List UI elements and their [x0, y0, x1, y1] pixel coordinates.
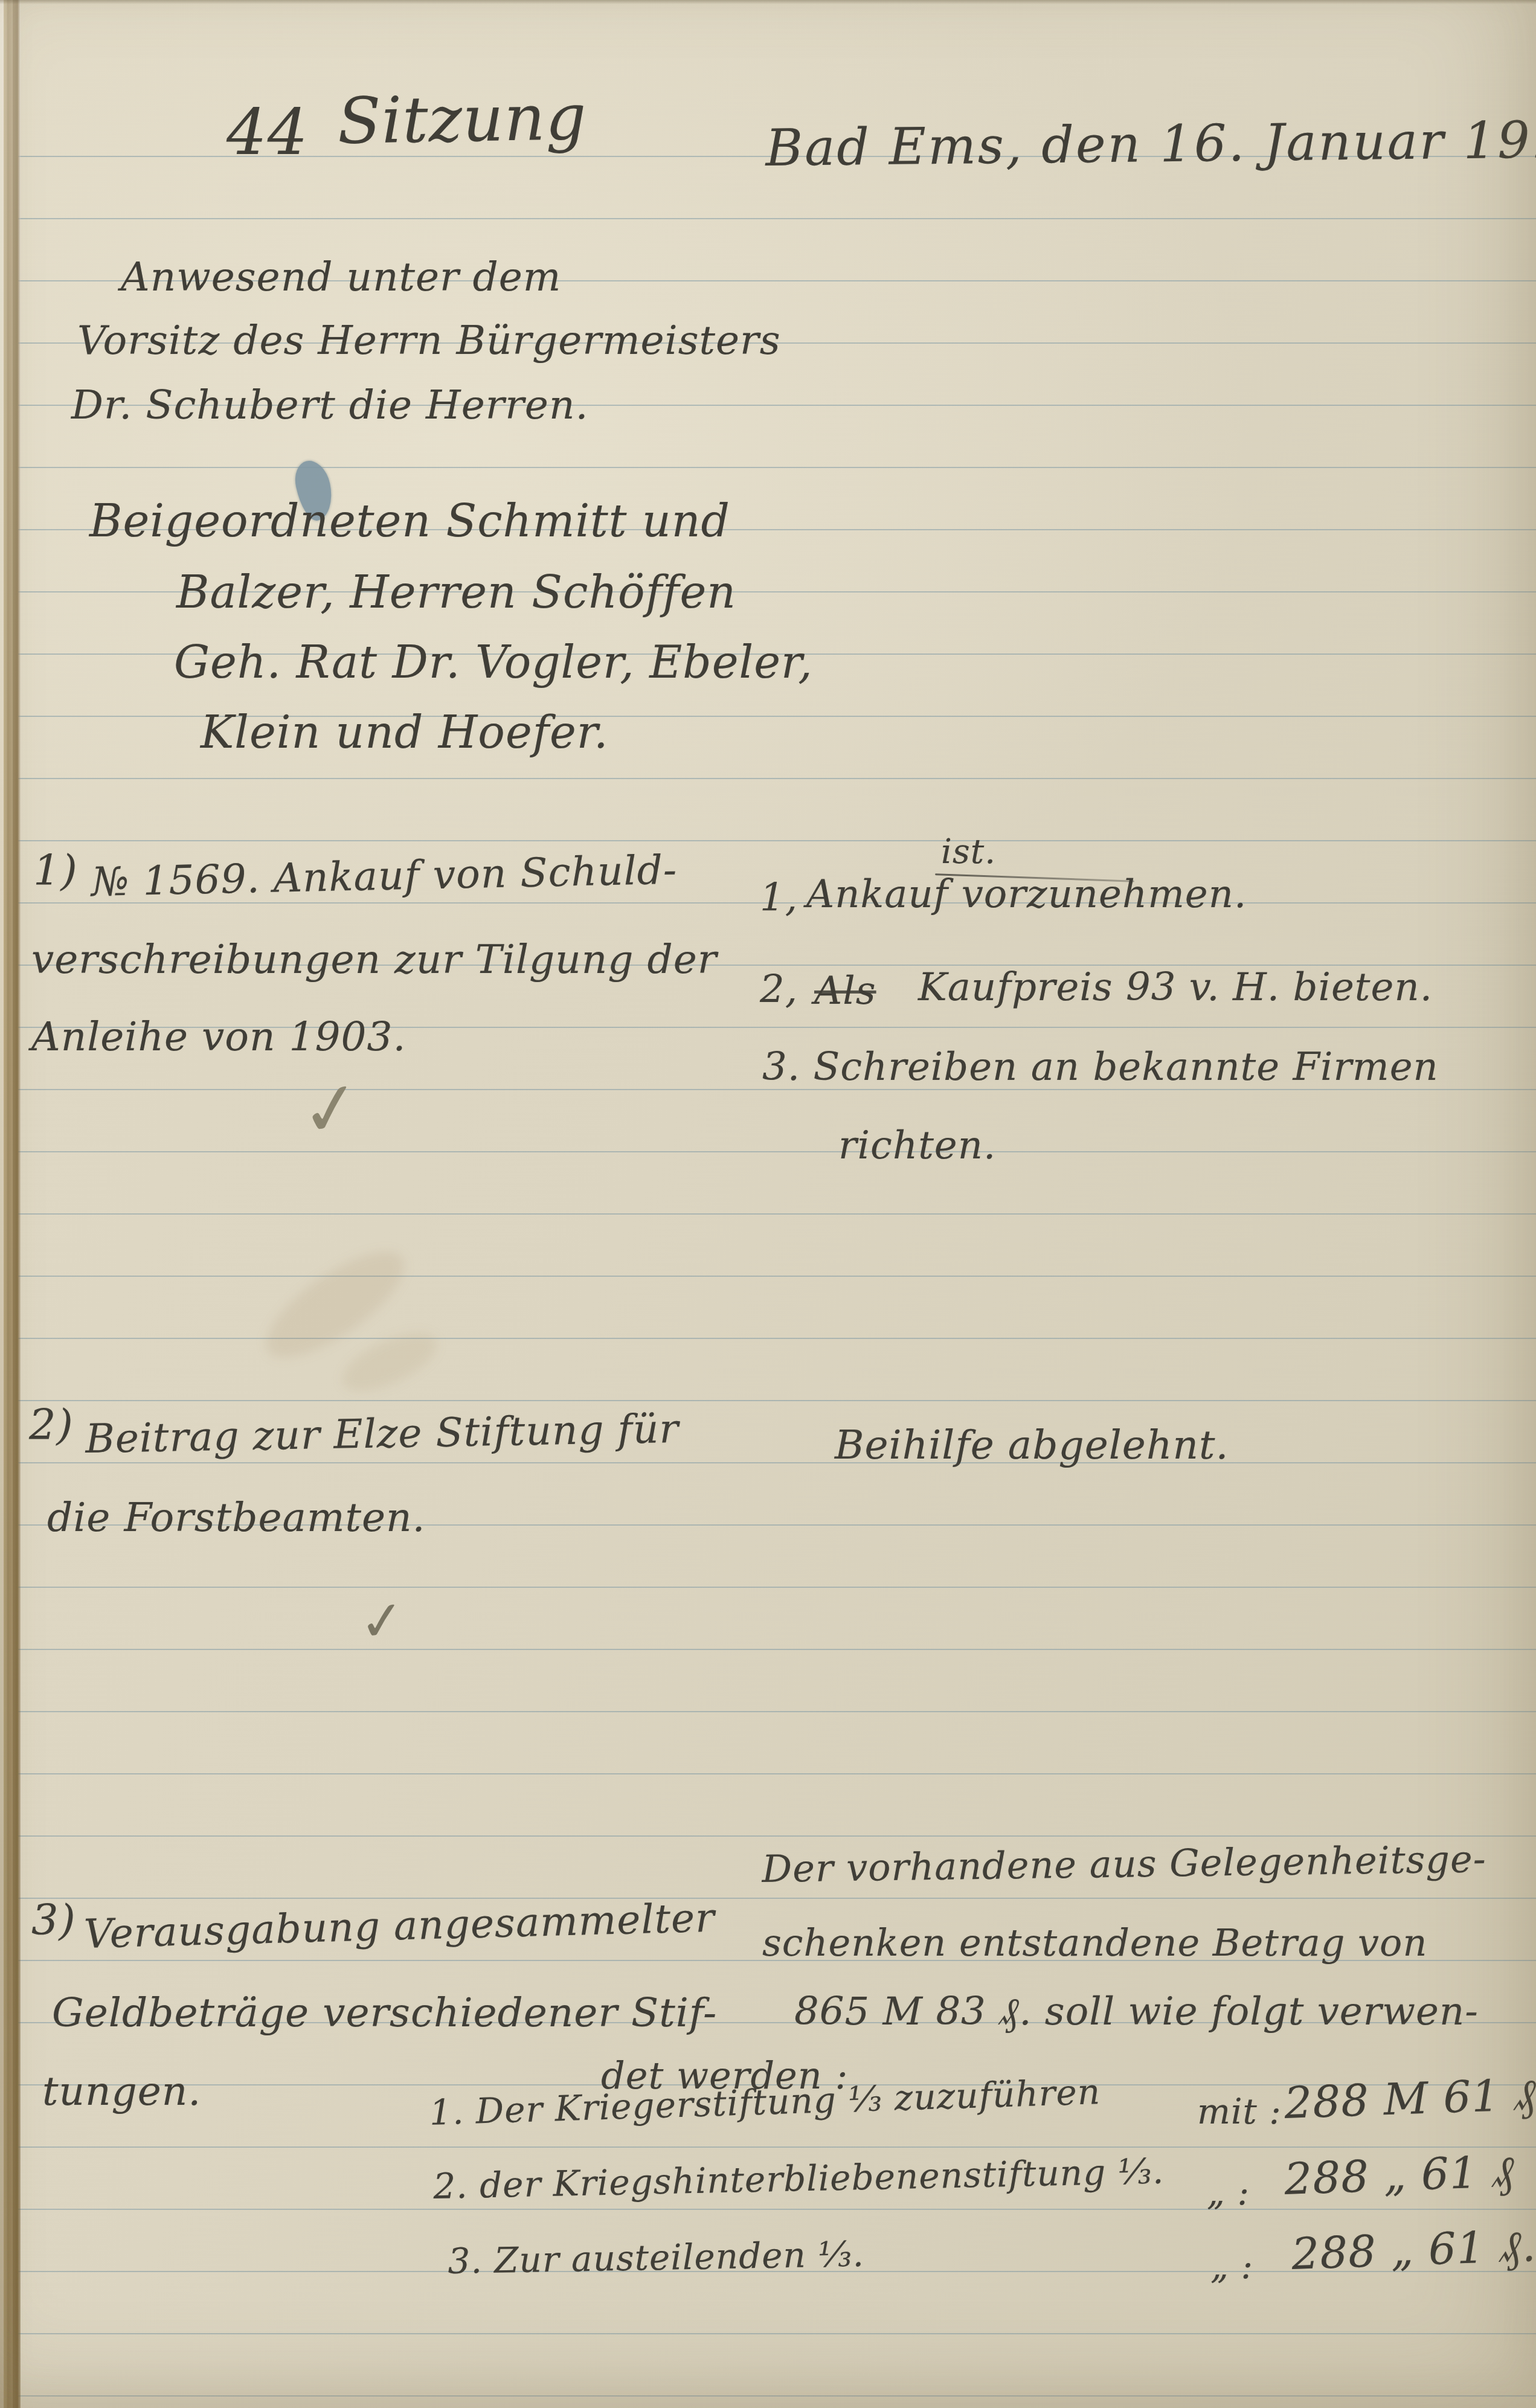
item1-decision-line2: Kaufpreis 93 v. H. bieten.	[918, 965, 1433, 1010]
allocation-row-amount: 288 „ 61 ₰.	[1291, 2220, 1536, 2280]
allocation-row-label: 3. Zur austeilenden ⅓.	[448, 2233, 865, 2282]
pencil-checkmark: ✓	[357, 1588, 408, 1655]
book-gutter-edge	[0, 0, 21, 2408]
item3-subject-line: tungen.	[42, 2068, 201, 2114]
item1-subject-line: Anleihe von 1903.	[31, 1013, 406, 1060]
attendees-line: Geh. Rat Dr. Vogler, Ebeler,	[174, 637, 813, 689]
item1-decision-line1-number: 1,	[760, 876, 798, 920]
attendees-line: Balzer, Herren Schöffen	[176, 567, 736, 618]
allocation-row-unit: mit :	[1197, 2091, 1282, 2132]
item1-decision-line4: richten.	[838, 1123, 996, 1168]
attendees-line: Klein und Hoefer.	[201, 707, 609, 759]
item2-subject-line: die Forstbeamten.	[47, 1494, 426, 1541]
attendance-line: Anwesend unter dem	[121, 254, 561, 300]
item3-decision-line: 865 M 83 ₰. soll wie folgt verwen-	[794, 1989, 1479, 2034]
attendees-line: Beigeordneten Schmitt und	[89, 495, 730, 547]
manuscript-page: 44 Sitzung Bad Ems, den 16. Januar 1917.…	[0, 0, 1536, 2408]
allocation-row-amount: 288 „ 61 ₰	[1284, 2146, 1515, 2205]
item1-decision-line2-number: 2,	[760, 968, 798, 1012]
allocation-row-amount: 288 M 61 ₰.	[1284, 2069, 1536, 2129]
item1-subject-line: verschreibungen zur Tilgung der	[31, 936, 717, 983]
page-top-edge-shadow	[0, 0, 1536, 4]
attendance-line: Dr. Schubert die Herren.	[71, 382, 588, 428]
allocation-row-unit: „ :	[1210, 2246, 1253, 2287]
pencil-checkmark: ✓	[295, 1064, 367, 1156]
item3-number: 3)	[31, 1895, 76, 1945]
item2-number: 2)	[29, 1400, 74, 1450]
item1-decision-line1: Ankauf vorzunehmen.	[806, 872, 1247, 917]
attendance-line: Vorsitz des Herrn Bürgermeisters	[77, 317, 781, 364]
item1-number: 1)	[33, 846, 78, 895]
dateline: Bad Ems, den 16. Januar 1917.	[765, 109, 1536, 178]
item3-subject-line: Geldbeträge verschiedener Stif-	[52, 1989, 717, 2036]
item3-decision-line: schenken entstandene Betrag von	[762, 1921, 1427, 1965]
item2-decision: Beihilfe abgelehnt.	[835, 1422, 1229, 1468]
session-title: Sitzung	[337, 80, 588, 158]
item1-decision-insertion: ist.	[941, 832, 996, 872]
item1-decision-line3: 3. Schreiben an bekannte Firmen	[762, 1045, 1439, 1090]
item1-decision-struck-word: Als	[814, 969, 876, 1013]
allocation-row-unit: „ :	[1207, 2172, 1250, 2213]
session-number: 44	[227, 95, 309, 169]
